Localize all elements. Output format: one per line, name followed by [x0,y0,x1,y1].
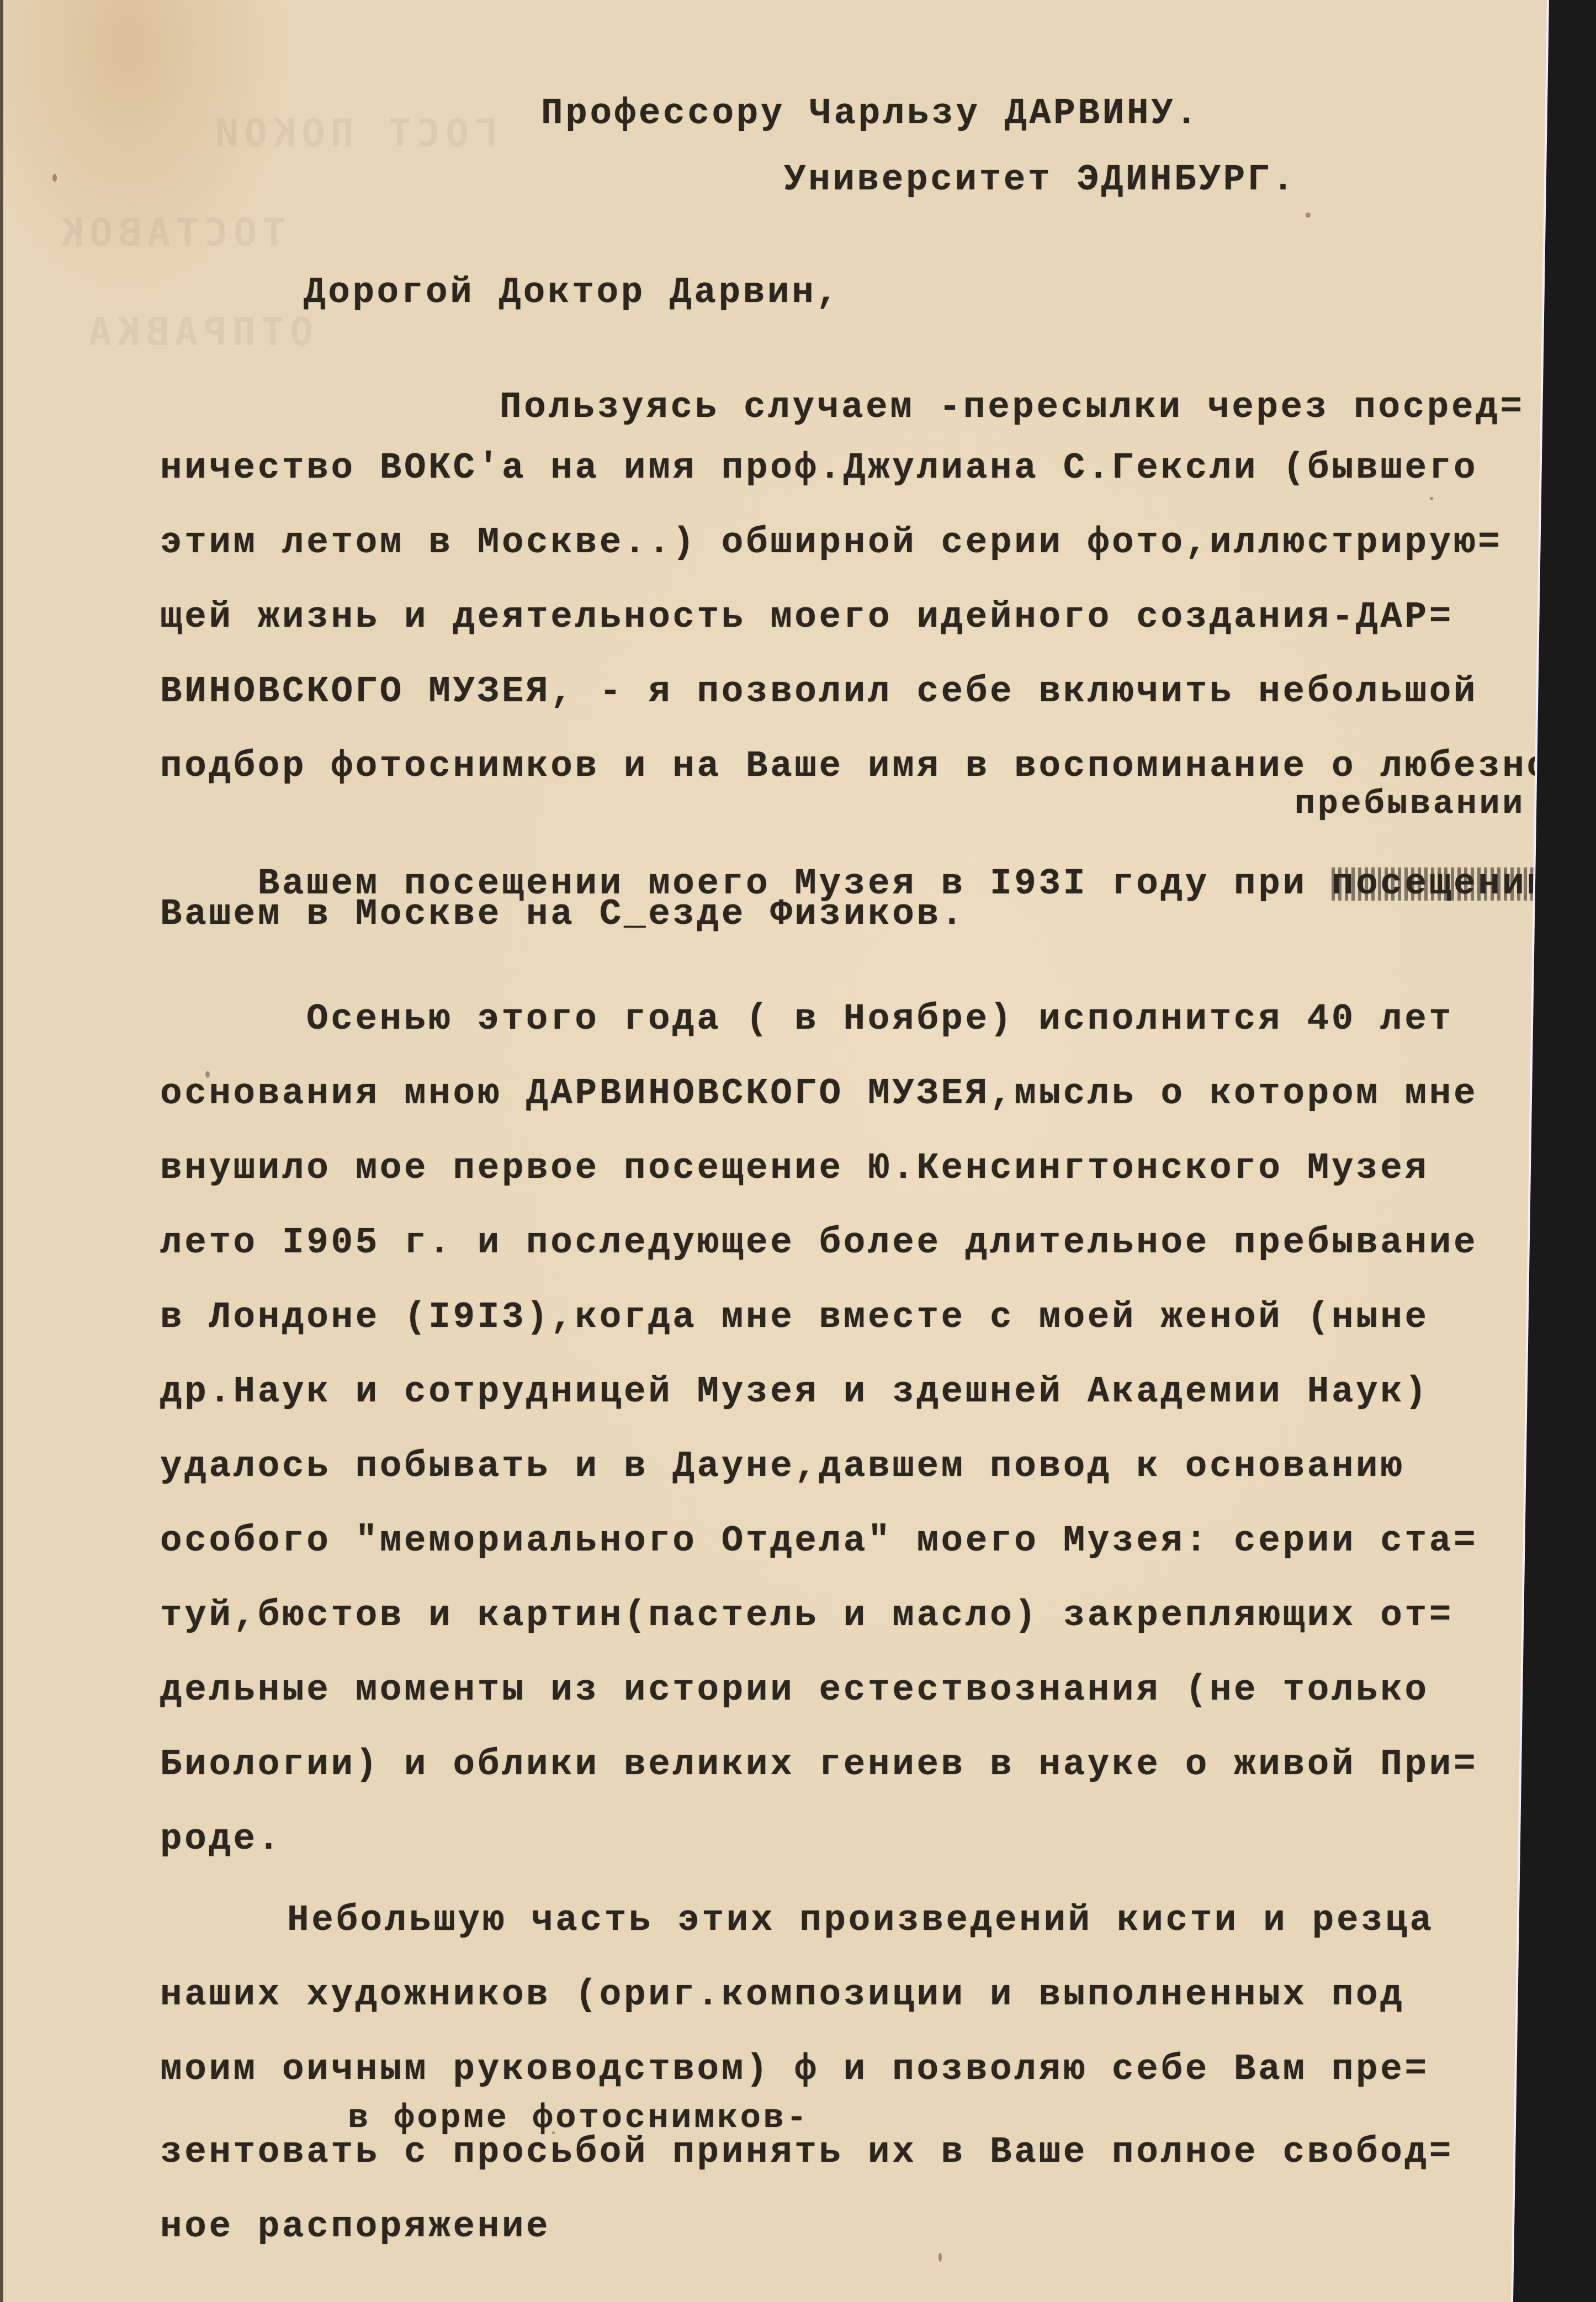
paper-speck [1430,497,1433,500]
bleed-through-text: ОТПРАВКА [83,309,313,354]
paper-speck [938,2253,942,2262]
paragraph-3-line: зентовать с просьбой принять их в Ваше п… [160,2131,1454,2173]
paragraph-2-line: внушило мое первое посещение Ю.Кенсингто… [160,1147,1429,1189]
paragraph-1-line: щей жизнь и деятельность моего идейного … [160,596,1454,638]
paragraph-2-line: особого "мемориального Отдела" моего Муз… [160,1520,1478,1562]
institution-line: Университет ЭДИНБУРГ. [784,159,1296,200]
paragraph-3-line: Небольшую часть этих произведений кисти … [287,1899,1434,1941]
paragraph-3-line: ное распоряжение [160,2206,550,2247]
paragraph-2-line: дельные моменты из истории естествознани… [160,1669,1429,1711]
paragraph-1-line: Пользуясь случаем -пересылки через посре… [500,387,1525,428]
recipient-line: Профессору Чарльзу ДАРВИНУ. [541,93,1200,134]
paragraph-1-line: этим летом в Москве..) обширной серии фо… [160,522,1502,563]
paragraph-1-line: ВИНОВСКОГО МУЗЕЯ, - я позволил себе вклю… [160,671,1478,712]
paragraph-3-line: моим оичным руководством) ф и позволяю с… [160,2049,1429,2090]
paragraph-2-line: удалось побывать и в Дауне,давшем повод … [160,1446,1405,1487]
paper-speck [1306,213,1311,218]
paragraph-2-line: туй,бюстов и картин(пастель и масло) зак… [160,1595,1454,1636]
struck-word: посещении [1332,863,1551,904]
paragraph-2-line: в Лондоне (I9I3),когда мне вместе с моей… [160,1296,1429,1338]
paragraph-2-line: роде. [160,1818,282,1860]
bleed-through-text: ТОСТАВОК [55,210,285,255]
salutation: Дорогой Доктор Дарвин, [304,272,841,313]
paragraph-1-line: ничество ВОКС'а на имя проф.Джулиана С.Г… [160,447,1478,489]
paragraph-2-line: Биологии) и облики великих гениев в наук… [160,1744,1478,1785]
paragraph-2-line: др.Наук и сотрудницей Музея и здешней Ак… [160,1371,1429,1412]
bleed-through-text: ГОСТ ПОКОИ [210,110,497,156]
paragraph-2-line: Осенью этого года ( в Ноябре) исполнится… [306,998,1454,1040]
letter-paper: ГОСТ ПОКОИ ТОСТАВОК ОТПРАВКА Профессору … [0,0,1596,2302]
typed-insertion: пребывании [1295,784,1525,823]
paragraph-1-line: подбор фотоснимков и на Ваше имя в воспо… [160,745,1551,787]
paragraph-1-line: Вашем в Москве на С_езде Физиков. [160,893,966,935]
paragraph-2-line: основания мною ДАРВИНОВСКОГО МУЗЕЯ,мысль… [160,1073,1478,1114]
paragraph-3-line: наших художников (ориг.композиции и выпо… [160,1974,1405,2015]
paper-speck [52,174,57,182]
paragraph-2-line: лето I905 г. и последующее более длитель… [160,1222,1478,1263]
